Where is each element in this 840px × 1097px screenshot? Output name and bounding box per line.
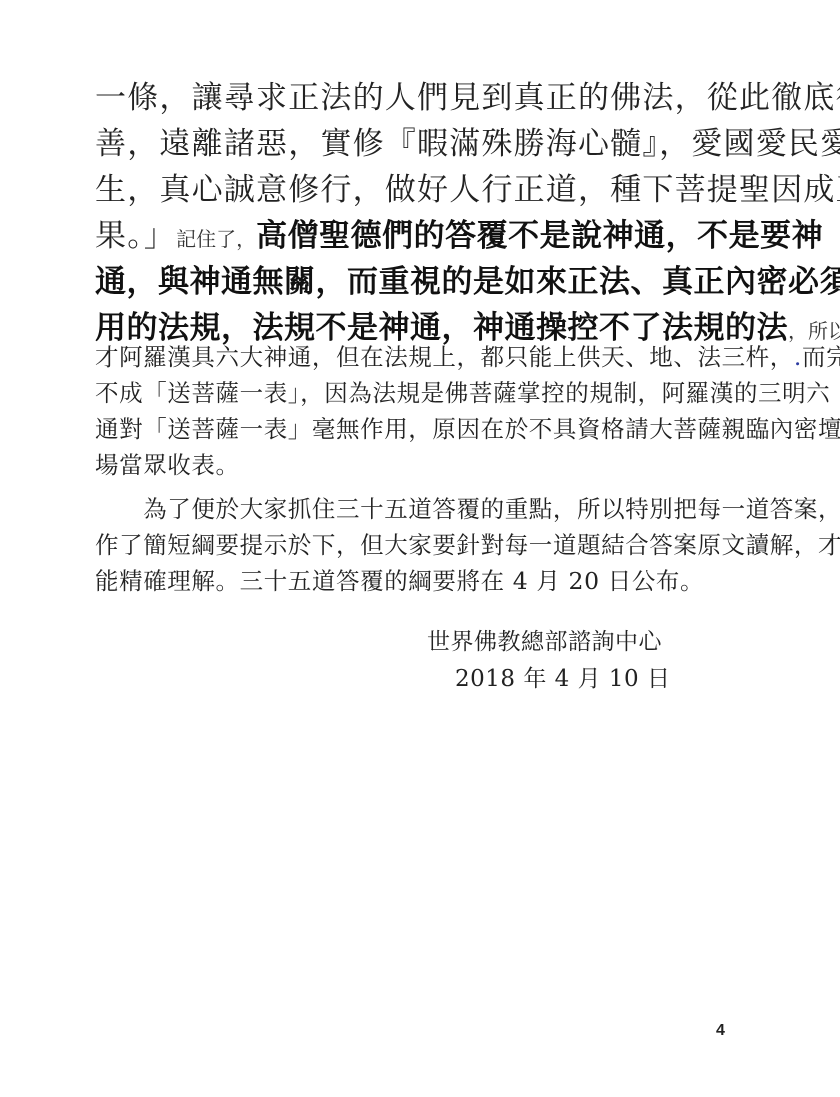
stray-dot-mark: .: [794, 343, 802, 371]
bold-emphasis-text: 高僧聖德們的答覆不是說神通，不是要神: [256, 218, 823, 254]
paragraph-1-line-4: 果。」記住了，高僧聖德們的答覆不是說神通，不是要神: [95, 216, 745, 259]
closing-quote-text: 果。」: [95, 218, 176, 254]
signature-date: 2018 年 4 月 10 日: [455, 660, 671, 693]
page-number: 4: [716, 1022, 725, 1040]
paragraph-1-line-2: 善，遠離諸惡，實修『暇滿殊勝海心髓』，愛國愛民愛眾: [95, 124, 745, 164]
paragraph-1-line-3: 生，真心誠意修行，做好人行正道，種下菩提聖因成正: [95, 170, 745, 210]
paragraph-2-text-end: 而完: [802, 343, 840, 371]
signature-organization: 世界佛教總部諮詢中心: [427, 623, 662, 656]
paragraph-2-line-2: 不成「送菩薩一表」，因為法規是佛菩薩掌控的規制，阿羅漢的三明六: [95, 377, 745, 409]
paragraph-2-text: 才阿羅漢具六大神通，但在法規上，都只能上供天、地、法三杵，: [95, 343, 794, 371]
continuation-text: ，所以: [788, 319, 840, 343]
document-page: 一條，讓尋求正法的人們見到真正的佛法，從此徹底行 善，遠離諸惡，實修『暇滿殊勝海…: [0, 0, 840, 1097]
paragraph-3-line-1: 為了便於大家抓住三十五道答覆的重點，所以特別把每一道答案，: [95, 493, 745, 525]
paragraph-3-line-3: 能精確理解。三十五道答覆的綱要將在 4 月 20 日公布。: [95, 565, 745, 597]
paragraph-3-line-2: 作了簡短綱要提示於下，但大家要針對每一道題結合答案原文讀解，才: [95, 529, 745, 561]
paragraph-1-line-5: 通，與神通無關，而重視的是如來正法、真正內密必須: [95, 262, 745, 302]
paragraph-2-line-4: 場當眾收表。: [95, 449, 745, 481]
paragraph-2-line-3: 通對「送菩薩一表」毫無作用，原因在於不具資格請大菩薩親臨內密壇: [95, 413, 745, 445]
paragraph-2-line-1: 才阿羅漢具六大神通，但在法規上，都只能上供天、地、法三杵，.而完: [95, 341, 745, 373]
paragraph-1-line-1: 一條，讓尋求正法的人們見到真正的佛法，從此徹底行: [95, 78, 745, 118]
remember-text: 記住了，: [176, 227, 256, 251]
